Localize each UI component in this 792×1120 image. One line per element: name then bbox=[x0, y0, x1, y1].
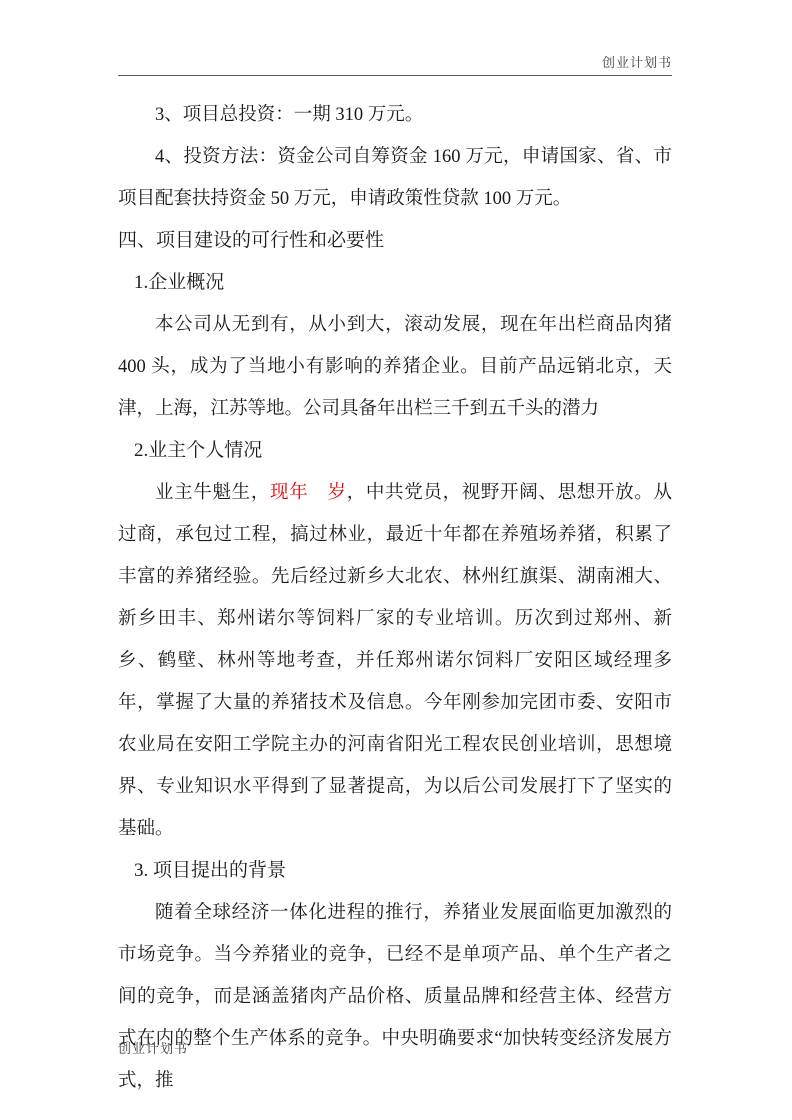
document-body: 3、项目总投资：一期 310 万元。 4、投资方法：资金公司自筹资金 160 万… bbox=[118, 94, 672, 1102]
page-header: 创业计划书 bbox=[118, 52, 672, 76]
footer-title: 创业计划书 bbox=[118, 1041, 188, 1056]
paragraph-project-background: 随着全球经济一体化进程的推行，养猪业发展面临更加激烈的市场竞争。当今养猪业的竞争… bbox=[118, 892, 672, 1102]
heading-project-background: 3. 项目提出的背景 bbox=[118, 850, 672, 892]
owner-profile-text-lead: 业主牛魁生， bbox=[155, 483, 270, 503]
owner-age-redacted-text: 现年 岁 bbox=[270, 483, 347, 503]
page-footer: 创业计划书 bbox=[118, 1038, 188, 1057]
paragraph-owner-profile: 业主牛魁生，现年 岁，中共党员，视野开阔、思想开放。从过商，承包过工程，搞过林业… bbox=[118, 472, 672, 850]
paragraph-investment-method: 4、投资方法：资金公司自筹资金 160 万元，申请国家、省、市项目配套扶持资金 … bbox=[118, 136, 672, 220]
heading-section-feasibility: 四、项目建设的可行性和必要性 bbox=[118, 220, 672, 262]
heading-owner-profile: 2.业主个人情况 bbox=[118, 430, 672, 472]
paragraph-company-overview: 本公司从无到有，从小到大，滚动发展，现在年出栏商品肉猪 400 头，成为了当地小… bbox=[118, 304, 672, 430]
owner-profile-text-rest: ，中共党员，视野开阔、思想开放。从过商，承包过工程，搞过林业，最近十年都在养殖场… bbox=[118, 483, 672, 839]
header-title: 创业计划书 bbox=[602, 55, 672, 70]
paragraph-total-investment: 3、项目总投资：一期 310 万元。 bbox=[118, 94, 672, 136]
heading-company-overview: 1.企业概况 bbox=[118, 262, 672, 304]
